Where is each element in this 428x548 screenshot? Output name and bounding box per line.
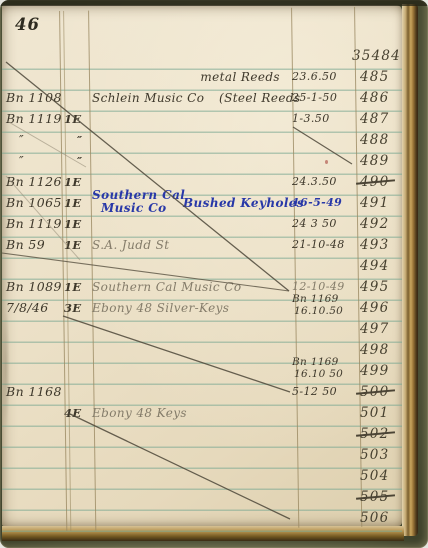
- ledger-date: 1-3.50: [292, 112, 330, 126]
- ledger-date: 23.6.50: [292, 70, 337, 84]
- ledger-e-mark: ″: [77, 133, 83, 147]
- ledger-serial-number: 489: [360, 154, 389, 168]
- ledger-description: Southern Cal Music Co: [92, 280, 241, 294]
- ledger-serial-number: 502: [360, 427, 389, 441]
- ledger-serial-number: 491: [360, 196, 389, 210]
- ledger-description-note: (Steel Reeds: [219, 91, 300, 105]
- ledger-bn-number: ″: [19, 154, 24, 168]
- ledger-description: Ebony 48 Keys: [92, 406, 187, 420]
- ledger-bn-number: Bn 1119: [6, 217, 62, 231]
- ledger-bn-number: Bn 1108: [6, 91, 62, 105]
- ledger-e-mark: 4E: [64, 406, 82, 420]
- ledger-e-mark: 1E: [64, 217, 82, 231]
- ledger-serial-number: 494: [360, 259, 389, 273]
- ledger-bn-number: Bn 1126: [6, 175, 62, 189]
- ledger-description: S.A. Judd St: [92, 238, 169, 252]
- ledger-serial-number: 496: [360, 301, 389, 315]
- ledger-bn-number: Bn 1168: [6, 385, 62, 399]
- ink-speck: [325, 160, 328, 164]
- ledger-serial-number: 492: [360, 217, 389, 231]
- ledger-e-mark: 1E: [64, 238, 82, 252]
- ledger-date: 16-5-49: [292, 196, 342, 210]
- ledger-serial-number: 487: [360, 112, 389, 126]
- ledger-date: 24.3.50: [292, 175, 337, 189]
- ledger-serial-number: 504: [360, 469, 389, 483]
- ledger-description: Southern CalMusic Co: [92, 189, 185, 215]
- ledger-serial-number: 35484: [352, 49, 401, 63]
- ledger-serial-number: 500: [360, 385, 389, 399]
- ledger-serial-number: 503: [360, 448, 389, 462]
- photo-top-shadow: [0, 0, 428, 6]
- ledger-description: Ebony 48 Silver-Keys: [92, 301, 229, 315]
- ledger-serial-number: 505: [360, 490, 389, 504]
- ledger-bn-number: ″: [19, 133, 24, 147]
- ledger-date: 12-10-49: [292, 280, 345, 294]
- ledger-serial-number: 495: [360, 280, 389, 294]
- ledger-e-mark: ″: [77, 154, 83, 168]
- ledger-description: Schlein Music Co: [92, 91, 204, 105]
- ledger-serial-number: 501: [360, 406, 389, 420]
- ledger-description-right: metal Reeds: [200, 70, 280, 84]
- ledger-date: 24 3 50: [292, 217, 337, 231]
- ledger-bn-number: Bn 1119: [6, 112, 62, 126]
- ledger-date: Bn 116916.10 50: [292, 357, 343, 380]
- ledger-date: Bn 116916.10.50: [292, 294, 343, 317]
- ledger-bn-number: Bn 1089: [6, 280, 62, 294]
- ledger-description-extra: Bushed Keyholes: [183, 196, 304, 210]
- ledger-serial-number: 506: [360, 511, 389, 525]
- ledger-date: 25-1-50: [292, 91, 337, 105]
- scanned-ledger-photo: 46 35484metal Reeds23.6.50485Bn 1108Schl…: [0, 0, 428, 548]
- ledger-e-mark: 1E: [64, 175, 82, 189]
- ledger-e-mark: 1E: [64, 196, 82, 210]
- ledger-e-mark: 1E: [64, 280, 82, 294]
- ledger-serial-number: 493: [360, 238, 389, 252]
- ledger-e-mark: 1E: [64, 112, 82, 126]
- ledger-serial-number: 499: [360, 364, 389, 378]
- ledger-serial-number: 488: [360, 133, 389, 147]
- ledger-serial-number: 497: [360, 322, 389, 336]
- ledger-date: 5-12 50: [292, 385, 337, 399]
- ledger-entries: 35484metal Reeds23.6.50485Bn 1108Schlein…: [0, 0, 428, 548]
- ledger-serial-number: 485: [360, 70, 389, 84]
- ledger-bn-number: Bn 1065: [6, 196, 62, 210]
- ledger-bn-number: Bn 59: [6, 238, 45, 252]
- ledger-e-mark: 3E: [64, 301, 82, 315]
- ledger-date: 21-10-48: [292, 238, 345, 252]
- ledger-serial-number: 486: [360, 91, 389, 105]
- ledger-serial-number: 498: [360, 343, 389, 357]
- ledger-serial-number: 490: [360, 175, 389, 189]
- ledger-bn-number: 7/8/46: [6, 301, 49, 315]
